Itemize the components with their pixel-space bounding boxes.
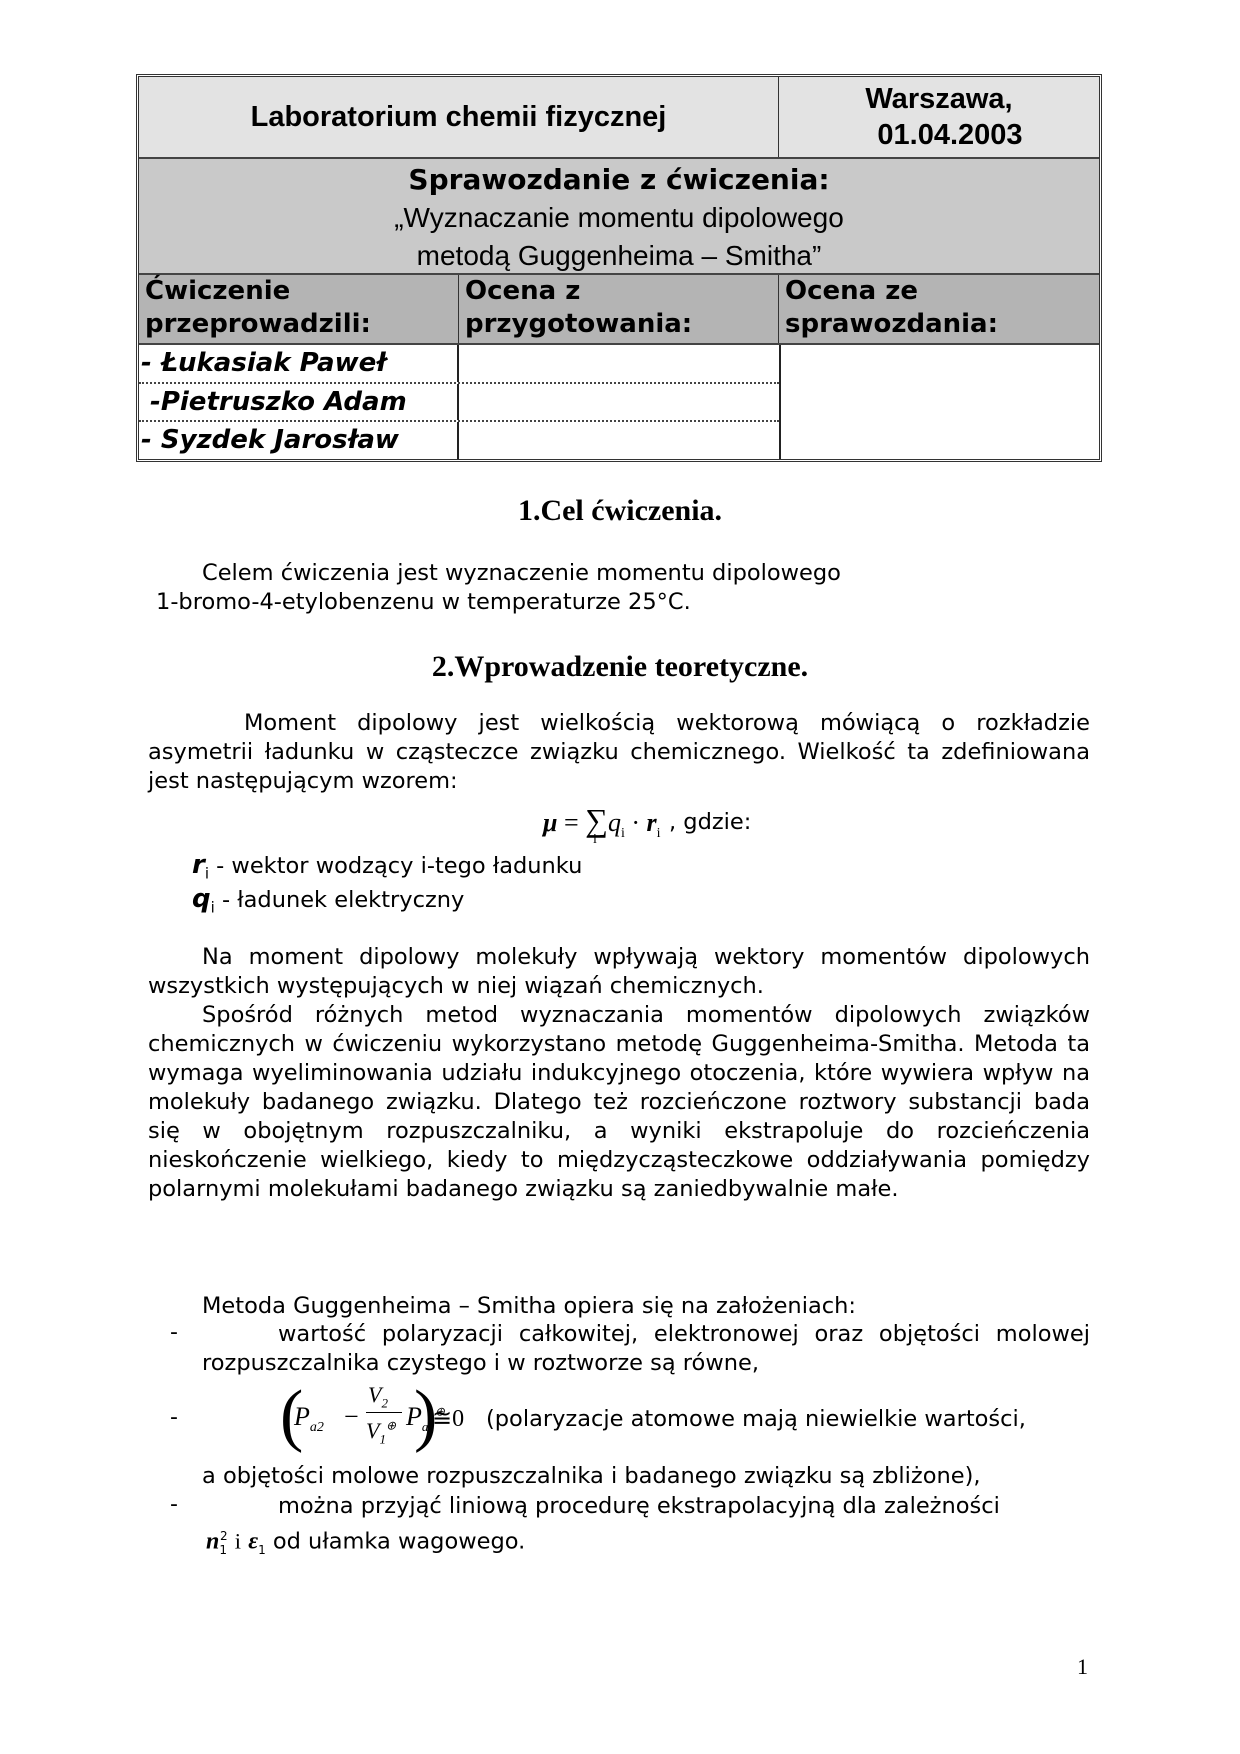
dipole-formula: μ = ∑qi · ri i — [543, 802, 661, 842]
assumption-2: (polaryzacje atomowe mają niewielkie war… — [486, 1405, 1026, 1434]
section1-heading: 1.Cel ćwiczenia. — [0, 494, 1240, 528]
assumption-1: wartość polaryzacji całkowitej, elektron… — [202, 1320, 1090, 1378]
students-list: - Łukasiak Paweł -Pietruszko Adam - Syzd… — [139, 345, 781, 459]
definition-r-text: - wektor wodzący i-tego ładunku — [216, 853, 582, 879]
document-page: Laboratorium chemii fizycznej Warszawa, … — [0, 0, 1240, 1754]
section1-line2: 1-bromo-4-etylobenzenu w temperaturze 25… — [156, 588, 691, 617]
assumption-3-tail: od ułamka wagowego. — [273, 1529, 525, 1555]
page-number: 1 — [1077, 1654, 1088, 1680]
bullet-dash: - — [170, 1492, 178, 1517]
student-row: - Syzdek Jarosław — [139, 422, 779, 459]
assumptions-intro: Metoda Guggenheima – Smitha opiera się n… — [202, 1292, 856, 1321]
section1-line1: Celem ćwiczenia jest wyznaczenie momentu… — [202, 559, 841, 588]
bullet-dash: - — [170, 1320, 178, 1345]
col-report-grade: Ocena ze sprawozdania: — [779, 275, 1099, 343]
student-name: - Syzdek Jarosław — [139, 422, 459, 459]
place: Warszawa, — [779, 81, 1099, 117]
col-performed-line2: przeprowadzili: — [145, 308, 458, 341]
definition-q-text: - ładunek elektryczny — [222, 887, 464, 913]
exercise-title-line2: metodą Guggenheima – Smitha” — [139, 237, 1099, 275]
date: 01.04.2003 — [779, 117, 1099, 153]
report-title: Sprawozdanie z ćwiczenia: — [139, 159, 1099, 199]
student-row: -Pietruszko Adam — [139, 384, 779, 423]
definition-r: ri - wektor wodzący i-tego ładunku — [192, 851, 582, 889]
header-row-report: Sprawozdanie z ćwiczenia: „Wyznaczanie m… — [139, 159, 1099, 275]
section2-para3: Spośród różnych metod wyznaczania moment… — [148, 1001, 1090, 1204]
col-prep-line1: Ocena z — [465, 275, 778, 308]
lab-name: Laboratorium chemii fizycznej — [139, 77, 779, 157]
header-table: Laboratorium chemii fizycznej Warszawa, … — [136, 74, 1102, 462]
assumption-2-continued: a objętości molowe rozpuszczalnika i bad… — [202, 1462, 981, 1491]
bullet-dash: - — [170, 1405, 178, 1430]
section2-heading: 2.Wprowadzenie teoretyczne. — [0, 650, 1240, 684]
place-date: Warszawa, 01.04.2003 — [779, 77, 1099, 157]
prep-grade-cell — [459, 422, 779, 459]
col-prep-line2: przygotowania: — [465, 308, 778, 341]
student-row: - Łukasiak Paweł — [139, 345, 779, 384]
col-prep-grade: Ocena z przygotowania: — [459, 275, 779, 343]
formula-gdzie: , gdzie: — [669, 808, 751, 837]
col-report-line1: Ocena ze — [785, 275, 1099, 308]
section2-para2: Na moment dipolowy molekuły wpływają wek… — [148, 943, 1090, 1001]
assumption-3-continued: n12 i ε1 od ułamka wagowego. — [206, 1522, 525, 1565]
header-row-title: Laboratorium chemii fizycznej Warszawa, … — [139, 77, 1099, 159]
section2-para1: Moment dipolowy jest wielkością wektorow… — [148, 709, 1090, 796]
col-performed: Ćwiczenie przeprowadzili: — [139, 275, 459, 343]
students-block: - Łukasiak Paweł -Pietruszko Adam - Syzd… — [139, 345, 1099, 459]
report-grade-cell — [781, 345, 1099, 459]
student-name: -Pietruszko Adam — [139, 384, 459, 421]
prep-grade-cell — [459, 345, 779, 382]
prep-grade-cell — [459, 384, 779, 421]
student-name: - Łukasiak Paweł — [139, 345, 459, 382]
col-performed-line1: Ćwiczenie — [145, 275, 458, 308]
definition-q: qi - ładunek elektryczny — [192, 885, 464, 923]
exercise-title-line1: „Wyznaczanie momentu dipolowego — [139, 199, 1099, 237]
assumption-3: można przyjąć liniową procedurę ekstrapo… — [202, 1492, 1090, 1521]
col-report-line2: sprawozdania: — [785, 308, 1099, 341]
header-row-columns: Ćwiczenie przeprowadzili: Ocena z przygo… — [139, 275, 1099, 345]
